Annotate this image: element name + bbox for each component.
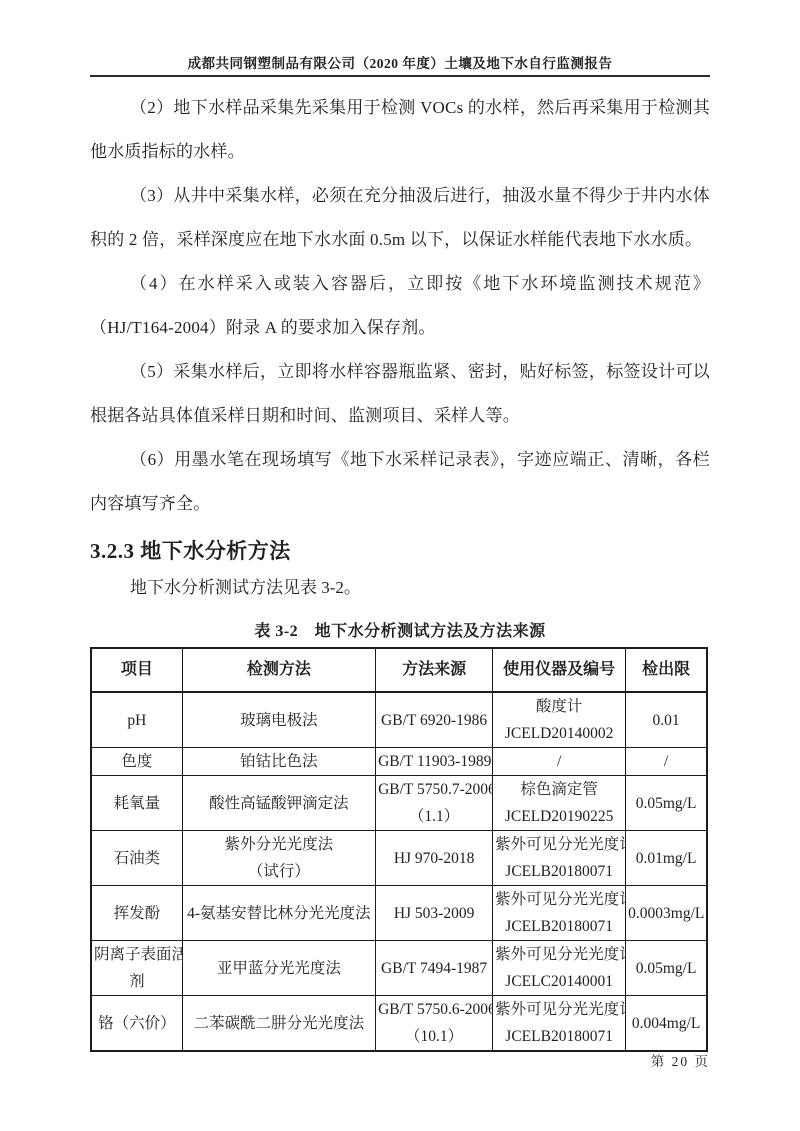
table-cell: 紫外分光光度法（试行） [182,831,375,886]
table-cell: 石油类 [91,831,182,886]
column-header: 检测方法 [182,648,375,692]
table-cell: 紫外可见分光光度计JCELC20140001 [493,941,626,996]
table-cell: 棕色滴定管JCELD20190225 [493,776,626,831]
column-header: 使用仪器及编号 [493,648,626,692]
table-cell: 铂钴比色法 [182,748,375,776]
section-heading: 3.2.3 地下水分析方法 [90,536,710,566]
table-cell: GB/T 5750.7-2006（1.1） [376,776,493,831]
table-row: pH玻璃电极法GB/T 6920-1986酸度计JCELD201400020.0… [91,692,707,748]
cell-line: GB/T 5750.6-2006 [378,996,490,1023]
cell-line: HJ 503-2009 [378,900,490,927]
analysis-methods-table: 项目检测方法方法来源使用仪器及编号检出限 pH玻璃电极法GB/T 6920-19… [90,647,708,1052]
table-cell: 0.05mg/L [626,941,707,996]
cell-line: （试行） [185,858,373,885]
cell-line: GB/T 6920-1986 [378,707,490,734]
cell-line: 挥发酚 [94,900,180,927]
table-cell: 0.01 [626,692,707,748]
table-row: 挥发酚4-氨基安替比林分光光度法HJ 503-2009紫外可见分光光度计JCEL… [91,886,707,941]
cell-line: 棕色滴定管 [495,776,623,803]
table-cell: GB/T 6920-1986 [376,692,493,748]
body-paragraphs: （2）地下水样品采集先采集用于检测 VOCs 的水样，然后再采集用于检测其他水质… [90,77,710,526]
table-cell: 紫外可见分光光度计JCELB20180071 [493,886,626,941]
table-row: 阴离子表面活性剂亚甲蓝分光光度法GB/T 7494-1987紫外可见分光光度计J… [91,941,707,996]
cell-line: GB/T 7494-1987 [378,955,490,982]
cell-line: / [495,748,623,775]
cell-line: 阴离子表面活性 [94,941,180,968]
table-cell: 色度 [91,748,182,776]
table-body: pH玻璃电极法GB/T 6920-1986酸度计JCELD201400020.0… [91,692,707,1051]
cell-line: JCELD20140002 [495,720,623,747]
cell-line: HJ 970-2018 [378,845,490,872]
cell-line: JCELB20180071 [495,858,623,885]
body-paragraph: （5）采集水样后，立即将水样容器瓶监紧、密封，贴好标签，标签设计可以根据各站具体… [90,350,710,438]
table-cell: 0.01mg/L [626,831,707,886]
cell-line: 4-氨基安替比林分光光度法 [185,900,373,927]
table-cell: 紫外可见分光光度计JCELB20180071 [493,996,626,1052]
document-page: 成都共同钢塑制品有限公司（2020 年度）土壤及地下水自行监测报告 （2）地下水… [0,0,800,1131]
table-cell: 亚甲蓝分光光度法 [182,941,375,996]
cell-line: 紫外可见分光光度计 [495,941,623,968]
table-cell: 二苯碳酰二肼分光光度法 [182,996,375,1052]
table-row: 耗氧量酸性高锰酸钾滴定法GB/T 5750.7-2006（1.1）棕色滴定管JC… [91,776,707,831]
cell-line: / [628,748,704,775]
cell-line: JCELB20180071 [495,1023,623,1050]
cell-line: 0.05mg/L [628,955,704,982]
cell-line: （1.1） [378,803,490,830]
table-row: 铬（六价）二苯碳酰二肼分光光度法GB/T 5750.6-2006（10.1）紫外… [91,996,707,1052]
body-paragraph: （3）从井中采集水样，必须在充分抽汲后进行，抽汲水量不得少于井内水体积的 2 倍… [90,174,710,262]
cell-line: 剂 [94,968,180,995]
cell-line: 二苯碳酰二肼分光光度法 [185,1010,373,1037]
table-cell: 0.0003mg/L [626,886,707,941]
cell-line: 0.01 [628,707,704,734]
page-footer: 第 20 页 [651,1050,710,1070]
column-header: 检出限 [626,648,707,692]
body-paragraph: （4）在水样采入或装入容器后，立即按《地下水环境监测技术规范》（HJ/T164-… [90,262,710,350]
cell-line: GB/T 11903-1989 [378,748,490,775]
cell-line: 酸性高锰酸钾滴定法 [185,790,373,817]
table-cell: HJ 970-2018 [376,831,493,886]
column-header: 方法来源 [376,648,493,692]
table-cell: 酸性高锰酸钾滴定法 [182,776,375,831]
cell-line: JCELD20190225 [495,803,623,830]
cell-line: 紫外可见分光光度计 [495,831,623,858]
cell-line: 铂钴比色法 [185,748,373,775]
section-intro: 地下水分析测试方法见表 3-2。 [90,566,710,610]
page-number: 第 20 页 [651,1054,710,1069]
table-cell: / [493,748,626,776]
table-cell: GB/T 7494-1987 [376,941,493,996]
cell-line: 0.0003mg/L [628,900,704,927]
table-cell: 阴离子表面活性剂 [91,941,182,996]
table-cell: pH [91,692,182,748]
cell-line: 色度 [94,748,180,775]
table-cell: GB/T 5750.6-2006（10.1） [376,996,493,1052]
table-header-row: 项目检测方法方法来源使用仪器及编号检出限 [91,648,707,692]
page-header: 成都共同钢塑制品有限公司（2020 年度）土壤及地下水自行监测报告 [90,0,710,77]
page-content: （2）地下水样品采集先采集用于检测 VOCs 的水样，然后再采集用于检测其他水质… [90,77,710,1052]
table-cell: / [626,748,707,776]
table-cell: 挥发酚 [91,886,182,941]
table-row: 色度铂钴比色法GB/T 11903-1989// [91,748,707,776]
table-cell: 铬（六价） [91,996,182,1052]
table-cell: 玻璃电极法 [182,692,375,748]
table-cell: 0.05mg/L [626,776,707,831]
column-header: 项目 [91,648,182,692]
report-title: 成都共同钢塑制品有限公司（2020 年度）土壤及地下水自行监测报告 [90,55,710,72]
cell-line: JCELC20140001 [495,968,623,995]
table-cell: HJ 503-2009 [376,886,493,941]
cell-line: （10.1） [378,1023,490,1050]
cell-line: 0.05mg/L [628,790,704,817]
cell-line: 玻璃电极法 [185,707,373,734]
cell-line: 石油类 [94,845,180,872]
table-cell: 紫外可见分光光度计JCELB20180071 [493,831,626,886]
table-cell: 耗氧量 [91,776,182,831]
cell-line: 紫外分光光度法 [185,831,373,858]
cell-line: 铬（六价） [94,1010,180,1037]
table-row: 石油类紫外分光光度法（试行）HJ 970-2018紫外可见分光光度计JCELB2… [91,831,707,886]
cell-line: GB/T 5750.7-2006 [378,776,490,803]
cell-line: 耗氧量 [94,790,180,817]
cell-line: 0.01mg/L [628,845,704,872]
cell-line: JCELB20180071 [495,913,623,940]
cell-line: 亚甲蓝分光光度法 [185,955,373,982]
cell-line: 0.004mg/L [628,1010,704,1037]
body-paragraph: （6）用墨水笔在现场填写《地下水采样记录表》，字迹应端正、清晰，各栏内容填写齐全… [90,438,710,526]
table-cell: 0.004mg/L [626,996,707,1052]
table-cell: 4-氨基安替比林分光光度法 [182,886,375,941]
table-caption: 表 3-2 地下水分析测试方法及方法来源 [90,620,710,644]
cell-line: 酸度计 [495,693,623,720]
body-paragraph: （2）地下水样品采集先采集用于检测 VOCs 的水样，然后再采集用于检测其他水质… [90,86,710,174]
table-cell: GB/T 11903-1989 [376,748,493,776]
cell-line: pH [94,707,180,734]
cell-line: 紫外可见分光光度计 [495,886,623,913]
table-cell: 酸度计JCELD20140002 [493,692,626,748]
cell-line: 紫外可见分光光度计 [495,996,623,1023]
